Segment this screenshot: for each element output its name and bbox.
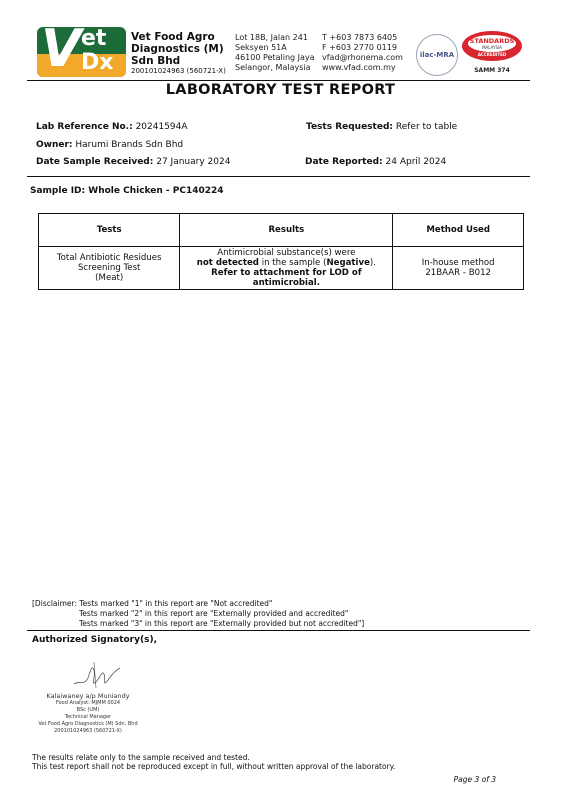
signatory-name: Kalaiwaney a/p Muniandy [28,692,148,700]
header-tests: Tests [39,214,180,247]
results-table: Tests Results Method Used Total Antibiot… [38,213,524,290]
signature-icon [72,660,122,690]
standards-sub: MALAYSIA [482,45,502,50]
tests-requested-label: Tests Requested: [306,122,393,132]
method-cell: In-house method 21BAAR - B012 [393,247,524,290]
footer-notes: The results relate only to the sample re… [32,753,395,771]
ilac-label: ilac-MRA [420,51,454,59]
table-header-row: Tests Results Method Used [39,214,524,247]
footer-line: This test report shall not be reproduced… [32,762,395,771]
disclaimer-divider [27,630,530,631]
sample-id-label: Sample ID: [30,186,85,196]
address-line: 46100 Petaling Jaya [235,53,315,63]
samm-number: SAMM 374 [462,67,522,74]
fax: F +603 2770 0119 [322,43,403,53]
standards-label: STANDARDS [470,38,515,45]
logo-letters-et: et [81,28,106,50]
standards-inner: STANDARDS MALAYSIA [468,35,516,52]
date-reported-value: 24 April 2024 [386,157,447,167]
date-reported-label: Date Reported: [305,157,383,167]
test-name-line: Screening Test [43,263,175,273]
standards-malaysia-logo: STANDARDS MALAYSIA ACCREDITED [462,31,522,61]
tests-requested: Tests Requested: Refer to table [306,122,457,132]
logo-letter-v: V [41,27,81,75]
sample-id: Sample ID: Whole Chicken - PC140224 [30,186,224,196]
disclaimer-line: [Disclaimer: Tests marked "1" in this re… [32,599,364,609]
address-line: Lot 18B, Jalan 241 [235,33,315,43]
result-cell: Antimicrobial substance(s) were not dete… [180,247,393,290]
footer-line: The results relate only to the sample re… [32,753,395,762]
vetdx-logo: V et Dx [37,27,126,77]
company-registration: 200101024963 (560721-X) [131,67,226,76]
disclaimer-line: Tests marked "2" in this report are "Ext… [32,609,364,619]
result-text: ). [370,258,376,268]
test-matrix: (Meat) [43,273,175,283]
tests-requested-value: Refer to table [396,122,457,132]
lab-reference: Lab Reference No.: 20241594A [36,122,188,132]
page-number: Page 3 of 3 [454,775,496,784]
not-detected-text: not detected [197,258,259,268]
owner-label: Owner: [36,140,73,150]
test-cell: Total Antibiotic Residues Screening Test… [39,247,180,290]
company-contact: T +603 7873 6405 F +603 2770 0119 vfad@r… [322,33,403,73]
table-row: Total Antibiotic Residues Screening Test… [39,247,524,290]
result-line: Refer to attachment for LOD of [184,268,388,278]
phone: T +603 7873 6405 [322,33,403,43]
ilac-mra-logo: ilac-MRA [416,34,458,76]
disclaimer-line: Tests marked "3" in this report are "Ext… [32,619,364,629]
test-name-line: Total Antibiotic Residues [43,253,175,263]
result-text: in the sample ( [259,258,326,268]
date-received: Date Sample Received: 27 January 2024 [36,157,230,167]
authorized-signatory-heading: Authorized Signatory(s), [32,635,157,645]
result-line: antimicrobial. [184,278,388,288]
signatory-line: Food Analyst: MJMM 0024 [28,700,148,707]
method-code: 21BAAR - B012 [397,268,519,278]
signatory-block: Kalaiwaney a/p Muniandy Food Analyst: MJ… [28,692,148,735]
website-link[interactable]: www.vfad.com.my [322,63,403,73]
date-received-value: 27 January 2024 [156,157,230,167]
result-line: Antimicrobial substance(s) were [184,248,388,258]
date-received-label: Date Sample Received: [36,157,153,167]
disclaimer: [Disclaimer: Tests marked "1" in this re… [32,599,364,629]
signatory-line: BSc (UM) [28,707,148,714]
report-title: LABORATORY TEST REPORT [0,82,561,98]
lab-reference-label: Lab Reference No.: [36,122,133,132]
lab-reference-value: 20241594A [136,122,188,132]
header-results: Results [180,214,393,247]
signatory-line: Vet Food Agro Diagnostics (M) Sdn. Bhd [28,721,148,728]
company-line-2: Diagnostics (M) [131,43,226,55]
owner: Owner: Harumi Brands Sdn Bhd [36,140,183,150]
company-name: Vet Food Agro Diagnostics (M) Sdn Bhd 20… [131,31,226,76]
address-line: Seksyen 51A [235,43,315,53]
sample-id-value: Whole Chicken - PC140224 [88,186,223,196]
email-link[interactable]: vfad@rhonema.com [322,53,403,63]
header-divider [27,80,530,81]
logo-letters-dx: Dx [81,52,113,74]
company-line-1: Vet Food Agro [131,31,226,43]
negative-text: Negative [326,258,369,268]
company-line-3: Sdn Bhd [131,55,226,67]
result-line: not detected in the sample (Negative). [184,258,388,268]
info-divider [27,176,530,177]
accredited-label: ACCREDITED [478,52,506,57]
company-address: Lot 18B, Jalan 241 Seksyen 51A 46100 Pet… [235,33,315,73]
owner-value: Harumi Brands Sdn Bhd [75,140,183,150]
signatory-line: Technical Manager [28,714,148,721]
signatory-line: 200101024963 (560721-X) [28,728,148,735]
method-line: In-house method [397,258,519,268]
date-reported: Date Reported: 24 April 2024 [305,157,446,167]
header-method: Method Used [393,214,524,247]
address-line: Selangor, Malaysia [235,63,315,73]
